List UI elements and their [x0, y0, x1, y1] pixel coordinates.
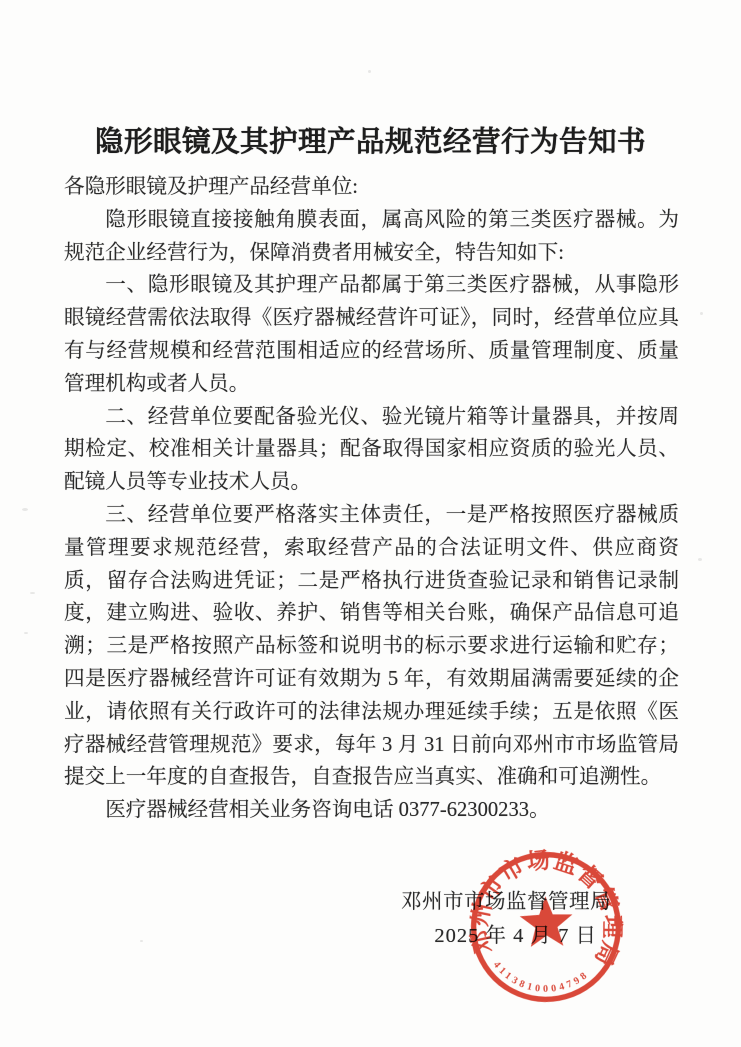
- scan-speck: [368, 70, 371, 73]
- scan-speck: [655, 742, 659, 744]
- scan-speck: [30, 592, 35, 594]
- body-paragraph: 隐形眼镜直接接触角膜表面，属高风险的第三类医疗器械。为规范企业经营行为，保障消费…: [64, 204, 679, 270]
- body-paragraph: 三、经营单位要严格落实主体责任，一是严格按照医疗器械质量管理要求规范经营，索取经…: [64, 499, 679, 794]
- scan-speck: [140, 940, 143, 942]
- scanned-document-page: 隐形眼镜及其护理产品规范经营行为告知书 各隐形眼镜及护理产品经营单位: 隐形眼镜…: [0, 0, 741, 1047]
- body-paragraph: 二、经营单位要配备验光仪、验光镜片箱等计量器具，并按周期检定、校准相关计量器具；…: [64, 401, 679, 499]
- seal-star-icon: [517, 894, 574, 951]
- salutation-line: 各隐形眼镜及护理产品经营单位:: [64, 171, 679, 204]
- body-paragraph: 一、隐形眼镜及其护理产品都属于第三类医疗器械，从事隐形眼镜经营需依法取得《医疗器…: [64, 269, 679, 400]
- document-body: 各隐形眼镜及护理产品经营单位: 隐形眼镜直接接触角膜表面，属高风险的第三类医疗器…: [64, 171, 679, 827]
- scan-speck: [700, 312, 703, 315]
- contact-phone-line: 医疗器械经营相关业务咨询电话 0377-62300233。: [64, 794, 679, 827]
- official-seal: 邓州市市场监督管理局 4113810004798: [461, 840, 631, 1013]
- scan-speck: [698, 558, 702, 561]
- scan-speck: [22, 508, 28, 511]
- document-title: 隐形眼镜及其护理产品规范经营行为告知书: [0, 119, 741, 160]
- scan-speck: [24, 632, 28, 634]
